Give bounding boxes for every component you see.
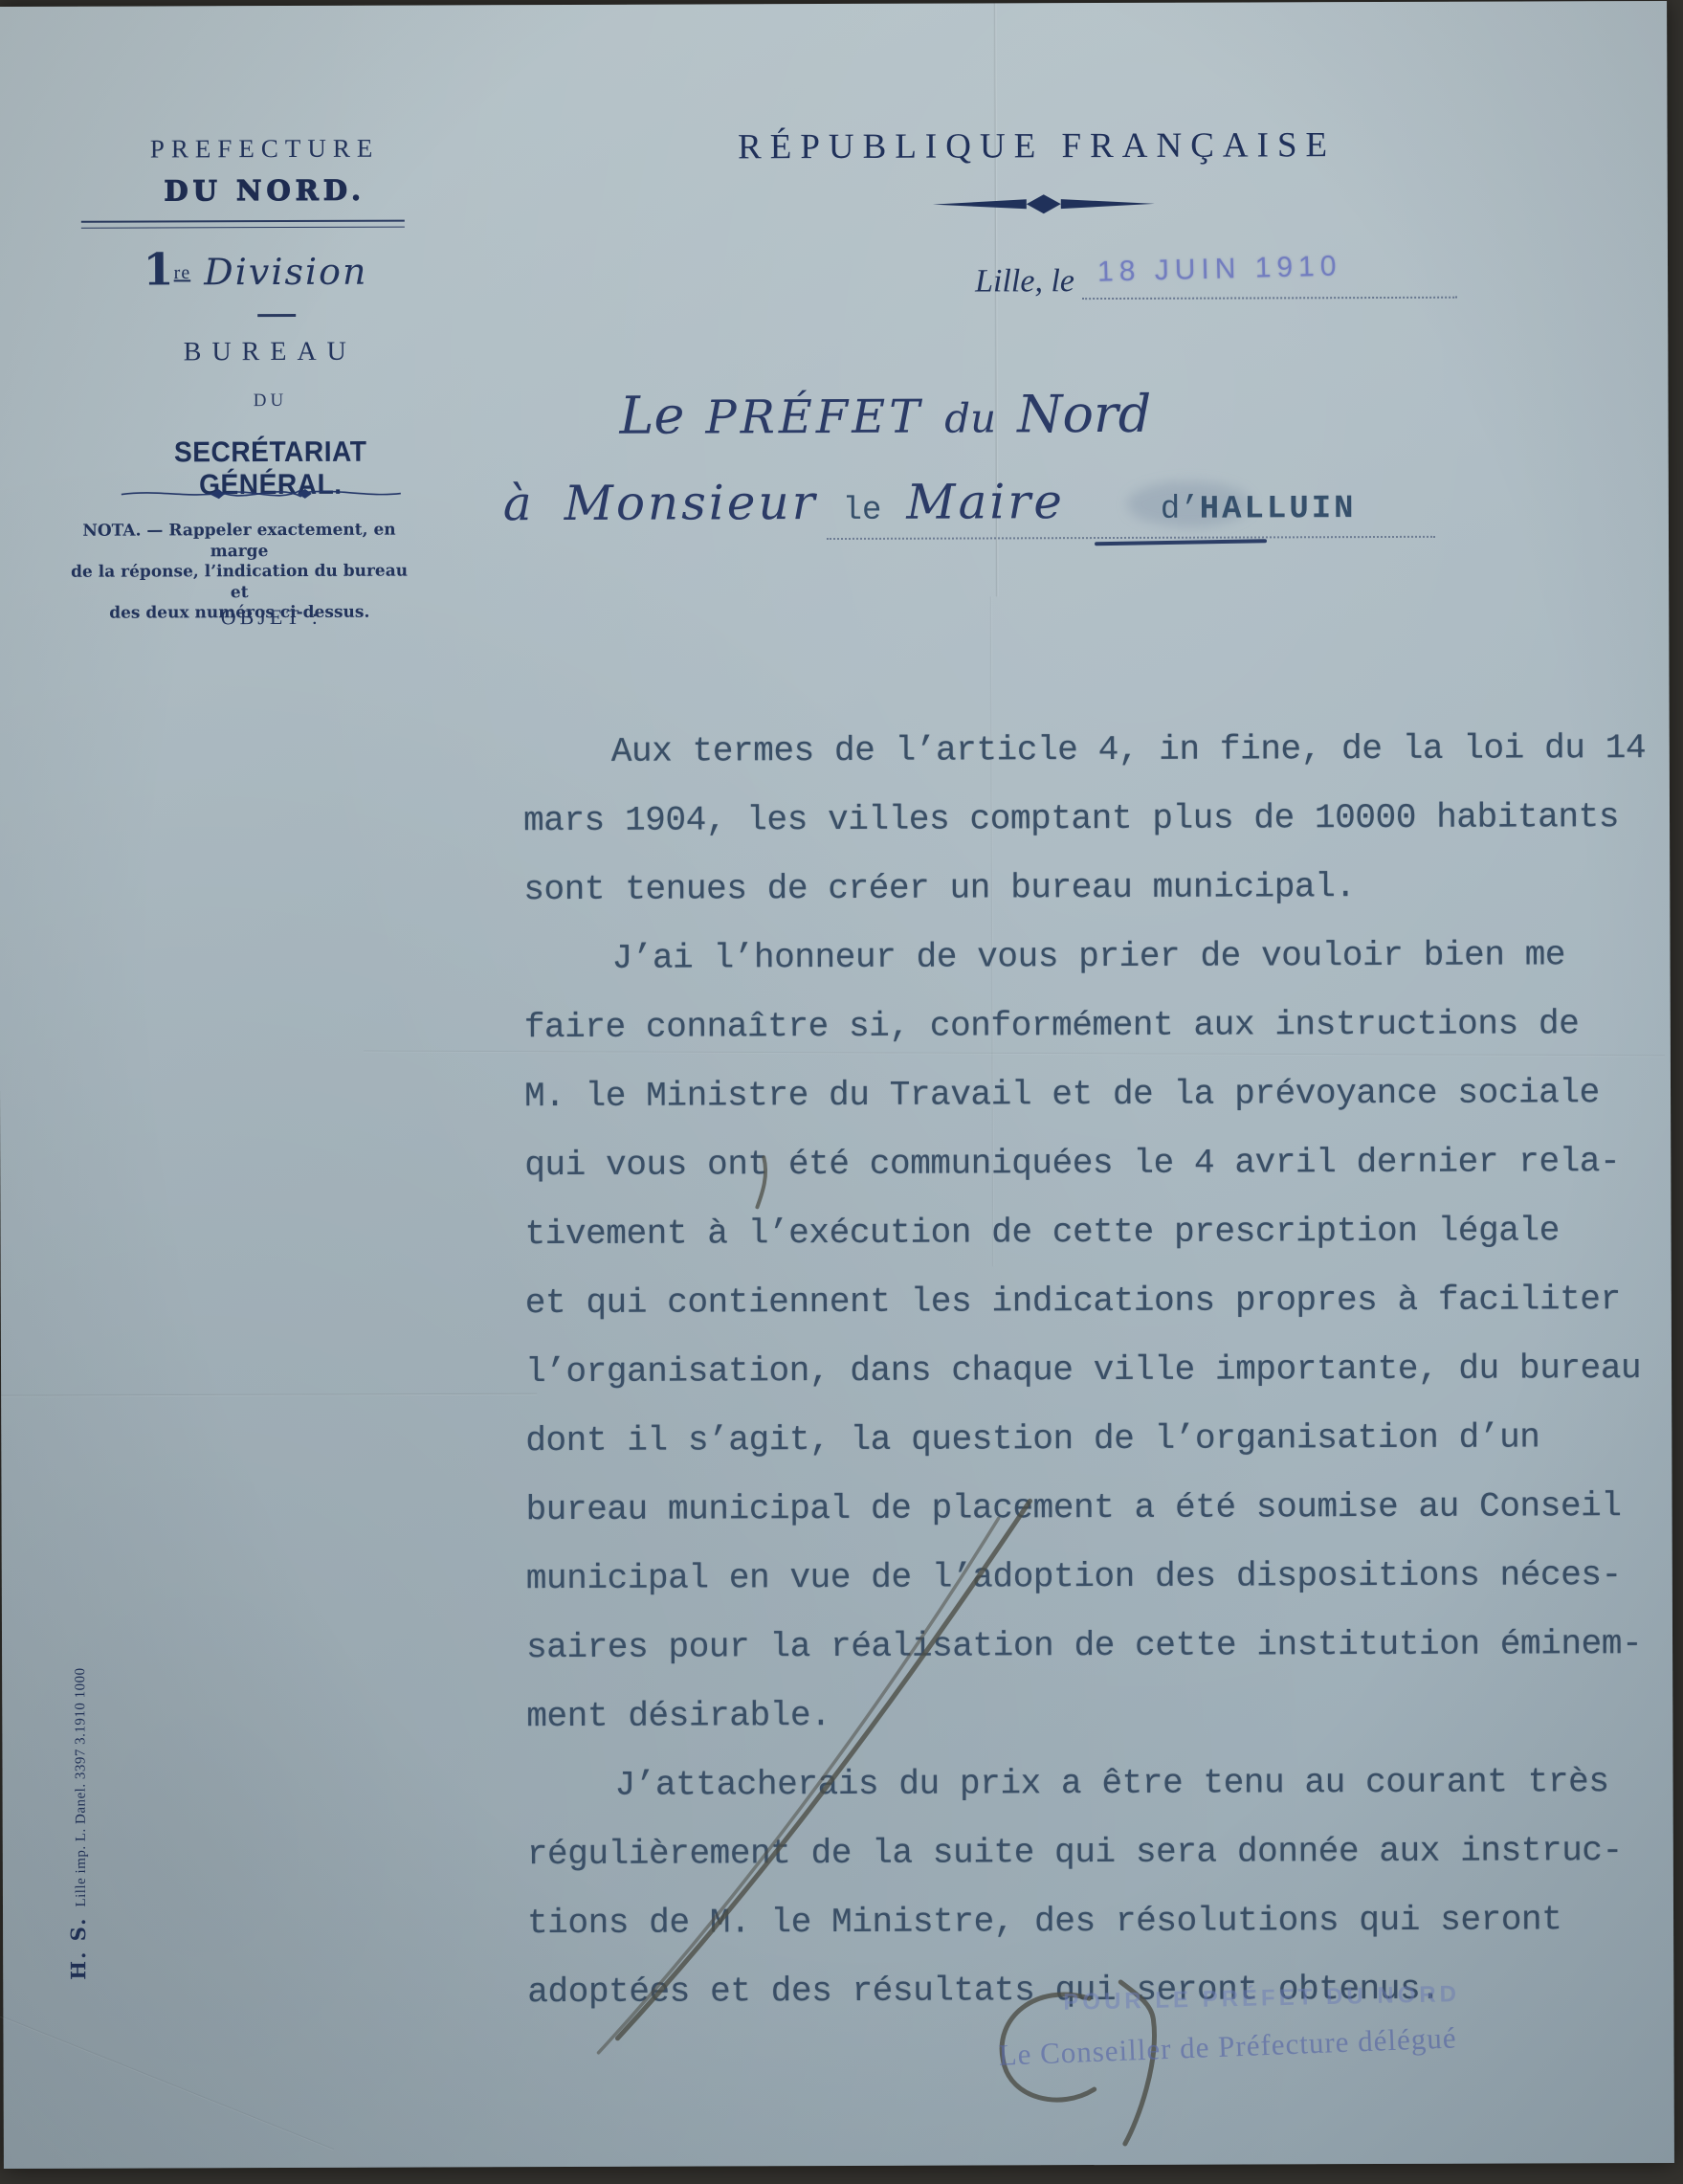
place-date-label: Lille, le xyxy=(975,263,1074,300)
republique-francaise-title: RÉPUBLIQUE FRANÇAISE xyxy=(724,124,1350,167)
typed-line: J’ai l’honneur de vous prier de vouloir … xyxy=(523,921,1633,993)
sender-le: Le xyxy=(619,386,684,446)
recipient-line: à Monsieur le Maire d’ HALLUIN xyxy=(503,473,1357,531)
flourish-ornament xyxy=(118,482,405,506)
letterhead-divider-rule xyxy=(81,220,405,229)
recipient-d-apostrophe: d’ xyxy=(1161,492,1200,528)
horizontal-fold-crease xyxy=(1,1393,537,1397)
recipient-le-typed: le xyxy=(843,493,882,529)
nota-line: NOTA. — Rappeler exactement, en marge xyxy=(71,521,408,563)
letter-paper-sheet: PREFECTURE DU NORD. 1reDivision BUREAU D… xyxy=(0,1,1674,2169)
sender-prefet: PRÉFET xyxy=(705,390,923,445)
diagonal-crease xyxy=(0,1999,334,2151)
printer-imprint: H. S.Lille imp. L. Danel. 3397 3.1910 10… xyxy=(65,1667,90,1979)
nota-line: de la réponse, l’indication du bureau et xyxy=(71,562,408,604)
sender-line: Le PRÉFET du Nord xyxy=(619,384,1151,446)
sender-du: du xyxy=(944,394,996,441)
letterhead-bureau-du: DU xyxy=(126,390,413,412)
typed-line: Aux termes de l’article 4, in fine, de l… xyxy=(523,714,1633,787)
recipient-a: à xyxy=(503,476,532,531)
letterhead-du-nord: DU NORD. xyxy=(122,174,409,208)
letterhead-bureau: BUREAU xyxy=(126,337,413,368)
recipient-maire: Maire xyxy=(906,474,1065,530)
printer-initials: H. S. xyxy=(66,1917,90,1980)
sender-nord: Nord xyxy=(1017,384,1151,444)
handwritten-signature xyxy=(517,1103,1209,2178)
city-underline xyxy=(1095,539,1267,546)
recipient-city: HALLUIN xyxy=(1200,491,1357,528)
printer-info: Lille imp. L. Danel. 3397 3.1910 1000 xyxy=(73,1667,89,1906)
division-ordinal: re xyxy=(174,262,191,283)
division-word: Division xyxy=(204,251,367,294)
typed-line: faire connaître si, conformément aux ins… xyxy=(524,990,1634,1062)
division-number: 1 xyxy=(144,243,174,295)
typed-line: mars 1904, les villes comptant plus de 1… xyxy=(523,783,1633,856)
letterhead-prefecture: PREFECTURE xyxy=(122,134,409,165)
photographed-letter: PREFECTURE DU NORD. 1reDivision BUREAU D… xyxy=(0,0,1683,2184)
objet-label: OBJET : xyxy=(127,605,414,631)
division-dash xyxy=(257,314,296,317)
header-ornament xyxy=(933,190,1155,218)
recipient-monsieur: Monsieur xyxy=(565,475,818,531)
date-stamp: 18 JUIN 1910 xyxy=(1097,250,1342,288)
letterhead-division: 1reDivision xyxy=(112,243,399,296)
typed-line: sont tenues de créer un bureau municipal… xyxy=(523,852,1633,925)
